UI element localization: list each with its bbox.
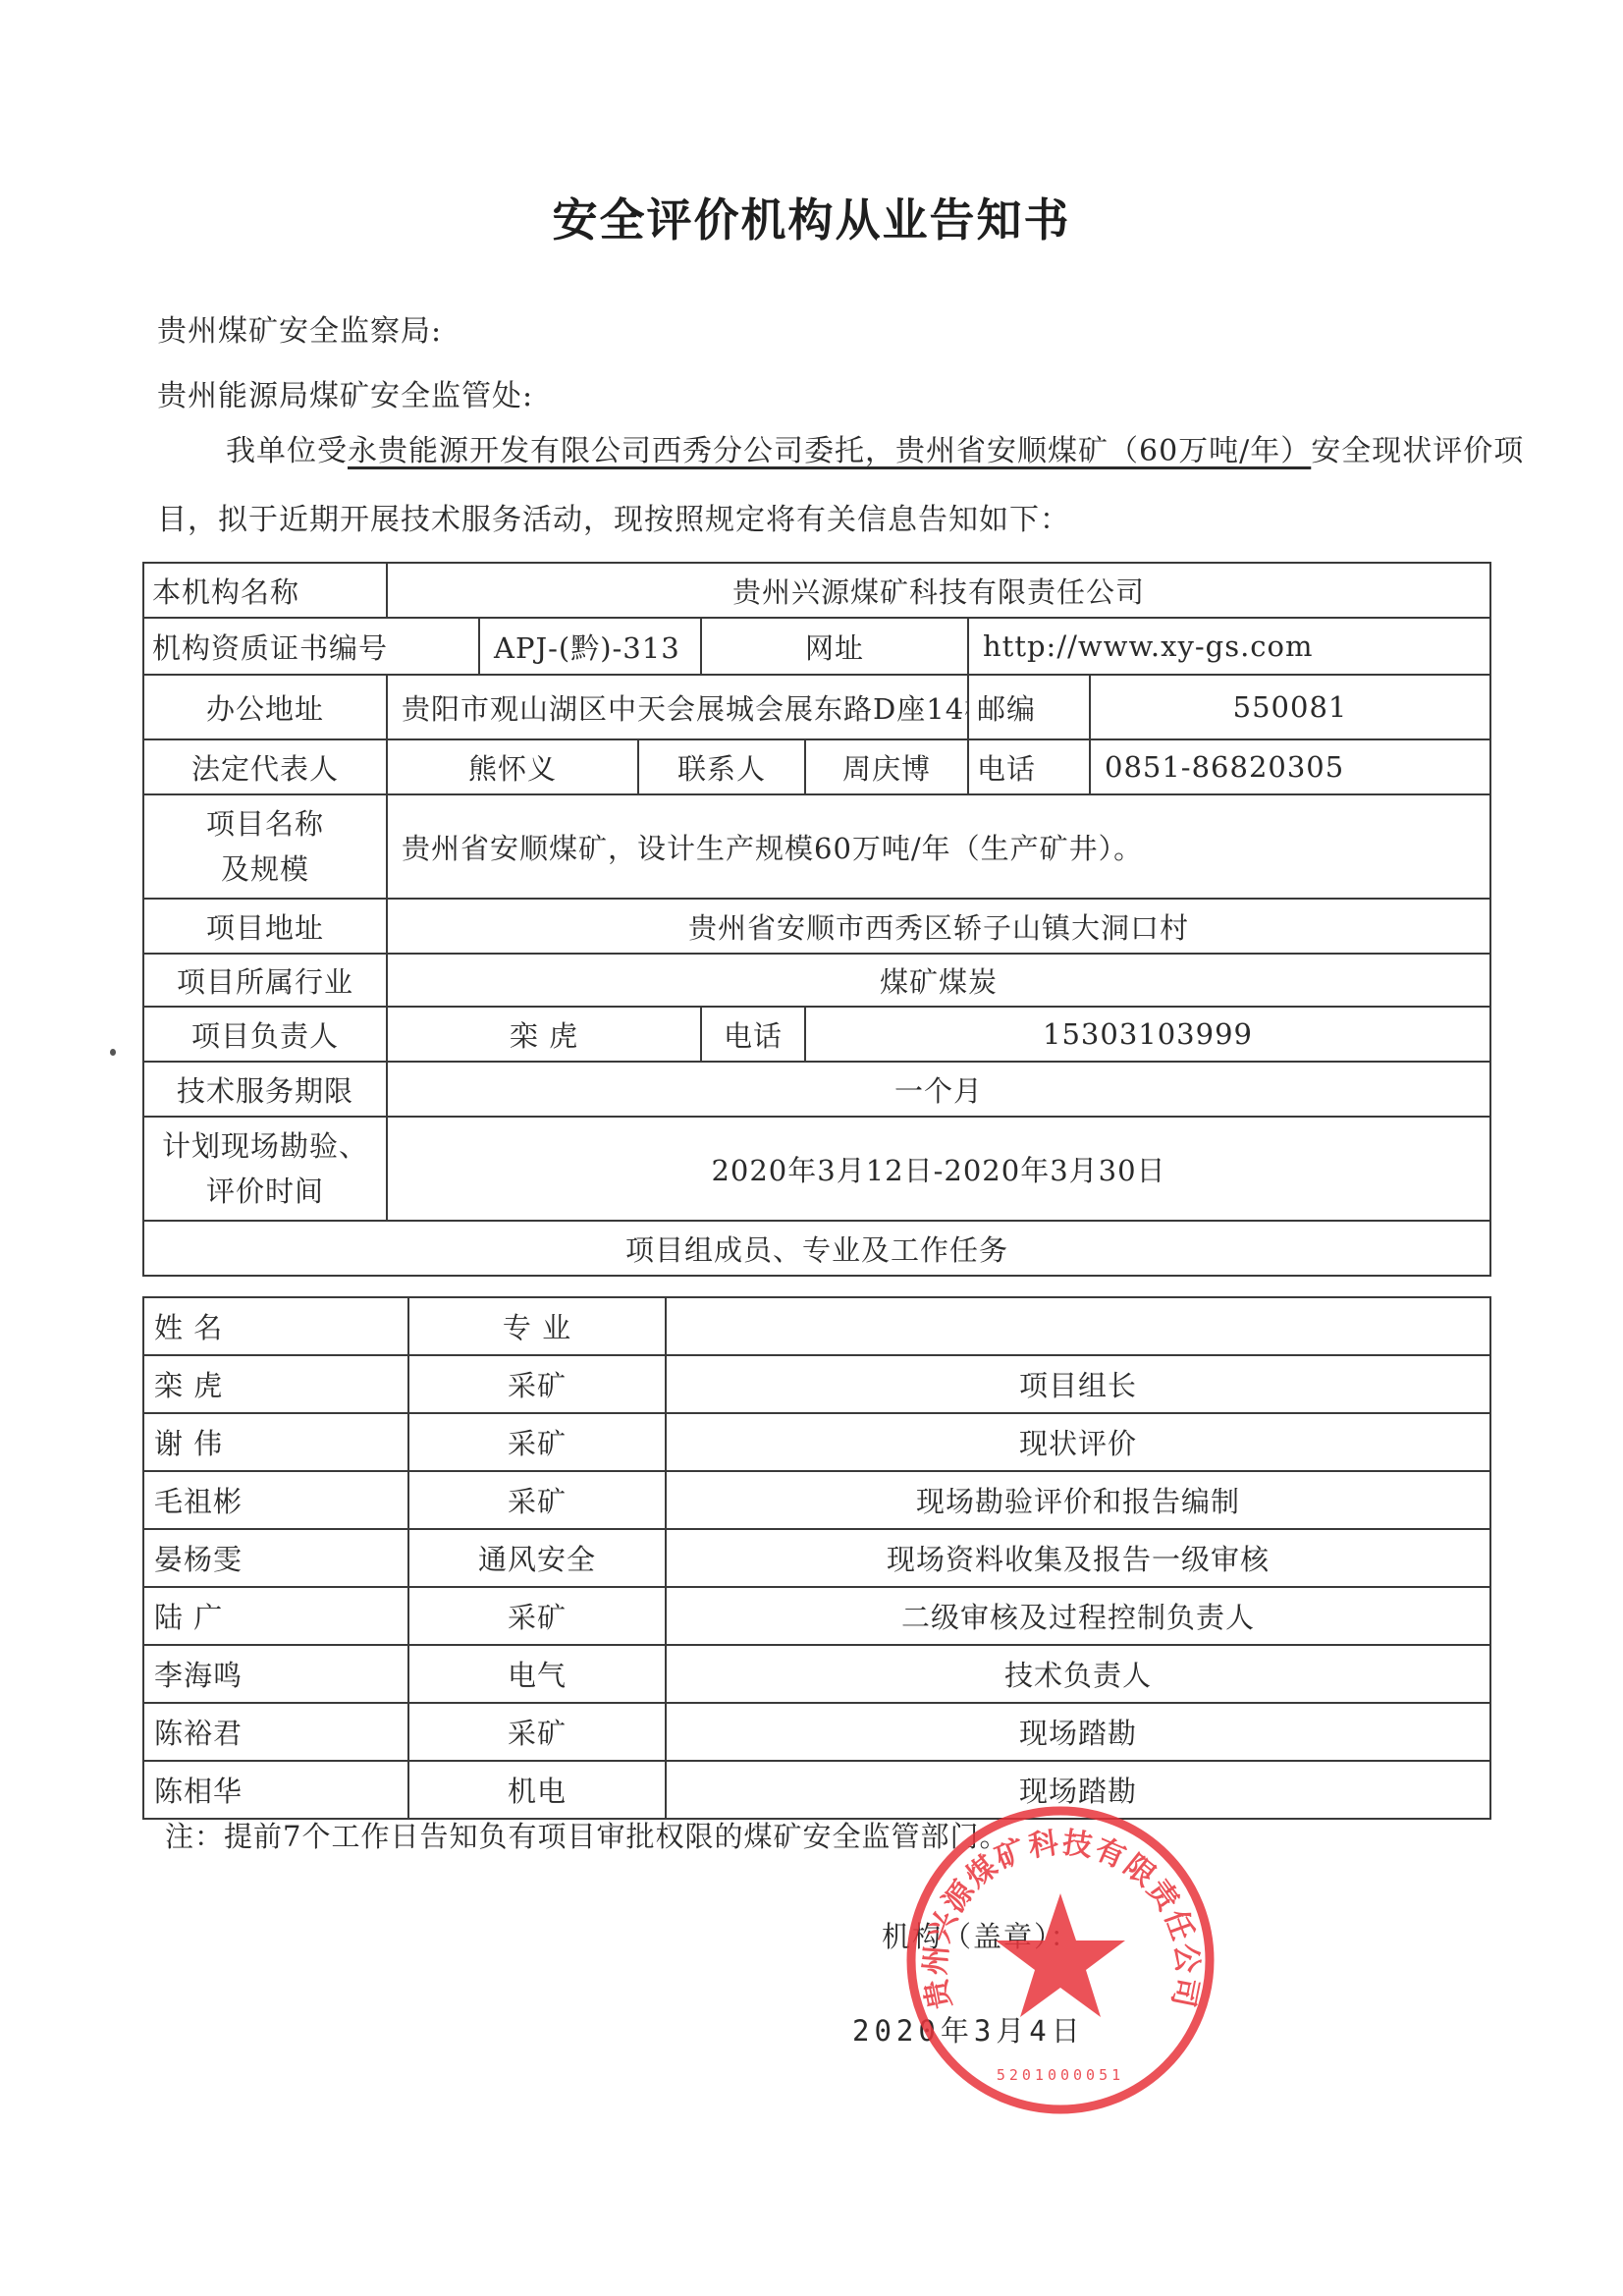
- addressee-2: 贵州能源局煤矿安全监管处:: [157, 371, 533, 414]
- website-value: http://www.xy-gs.com: [968, 618, 1490, 675]
- member-name: 毛祖彬: [143, 1471, 408, 1529]
- member-major: 采矿: [408, 1587, 666, 1645]
- member-row: 晏杨雯 通风安全 现场资料收集及报告一级审核: [143, 1529, 1490, 1587]
- org-name-value: 贵州兴源煤矿科技有限责任公司: [387, 563, 1490, 618]
- member-major: 电气: [408, 1645, 666, 1703]
- member-name: 陈相华: [143, 1761, 408, 1819]
- member-major: 通风安全: [408, 1529, 666, 1587]
- intro-paragraph: 我单位受永贵能源开发有限公司西秀分公司委托，贵州省安顺煤矿（60万吨/年）安全现…: [157, 417, 1551, 555]
- member-name: 栾 虎: [143, 1355, 408, 1413]
- legal-rep-label: 法定代表人: [143, 739, 387, 794]
- service-period-value: 一个月: [387, 1062, 1490, 1117]
- member-row: 栾 虎 采矿 项目组长: [143, 1355, 1490, 1413]
- row-industry: 项目所属行业 煤矿煤炭: [143, 954, 1490, 1007]
- industry-value: 煤矿煤炭: [387, 954, 1490, 1007]
- header-major: 专 业: [408, 1297, 666, 1355]
- row-org-name: 本机构名称 贵州兴源煤矿科技有限责任公司: [143, 563, 1490, 618]
- project-name-label-line1: 项目名称: [150, 801, 380, 847]
- project-lead-label: 项目负责人: [143, 1007, 387, 1062]
- member-task: 现场勘验评价和报告编制: [666, 1471, 1490, 1529]
- member-row: 毛祖彬 采矿 现场勘验评价和报告编制: [143, 1471, 1490, 1529]
- row-project-name: 项目名称 及规模 贵州省安顺煤矿，设计生产规模60万吨/年（生产矿井）。: [143, 794, 1490, 899]
- project-address-value: 贵州省安顺市西秀区轿子山镇大洞口村: [387, 899, 1490, 954]
- member-name: 谢 伟: [143, 1413, 408, 1471]
- addressee-1: 贵州煤矿安全监察局:: [157, 306, 442, 350]
- member-task: 现场资料收集及报告一级审核: [666, 1529, 1490, 1587]
- seal-number: 5201000051: [997, 2066, 1124, 2084]
- project-name-label: 项目名称 及规模: [143, 794, 387, 899]
- website-label: 网址: [701, 618, 968, 675]
- member-task: 现场踏勘: [666, 1761, 1490, 1819]
- member-row: 陆 广 采矿 二级审核及过程控制负责人: [143, 1587, 1490, 1645]
- row-legal-rep: 法定代表人 熊怀义 联系人 周庆博 电话 0851-86820305: [143, 739, 1490, 794]
- header-task: [666, 1297, 1490, 1355]
- intro-underlined: 永贵能源开发有限公司西秀分公司委托，贵州省安顺煤矿（60万吨/年）: [348, 434, 1311, 468]
- member-task: 现状评价: [666, 1413, 1490, 1471]
- members-header-row: 姓 名 专 业: [143, 1297, 1490, 1355]
- document-date: 2020年3月4日: [852, 2009, 1085, 2050]
- contact-label: 联系人: [638, 739, 805, 794]
- project-name-label-line2: 及规模: [150, 847, 380, 892]
- signature-label: 机构（盖章）：: [882, 1915, 1081, 1955]
- phone-label: 电话: [968, 739, 1090, 794]
- row-members-heading: 项目组成员、专业及工作任务: [143, 1221, 1490, 1276]
- office-address-value: 贵阳市观山湖区中天会展城会展东路D座14楼: [387, 675, 968, 739]
- cert-no-label: 机构资质证书编号: [143, 618, 479, 675]
- member-row: 李海鸣 电气 技术负责人: [143, 1645, 1490, 1703]
- row-cert: 机构资质证书编号 APJ-(黔)-313 网址 http://www.xy-gs…: [143, 618, 1490, 675]
- postcode-label: 邮编: [968, 675, 1090, 739]
- member-task: 技术负责人: [666, 1645, 1490, 1703]
- lead-phone-value: 15303103999: [805, 1007, 1490, 1062]
- org-name-label: 本机构名称: [143, 563, 387, 618]
- members-table: 姓 名 专 业 栾 虎 采矿 项目组长 谢 伟 采矿 现状评价 毛祖彬 采矿 现…: [142, 1296, 1491, 1820]
- member-major: 机电: [408, 1761, 666, 1819]
- member-name: 李海鸣: [143, 1645, 408, 1703]
- member-row: 陈裕君 采矿 现场踏勘: [143, 1703, 1490, 1761]
- agency-info-table: 本机构名称 贵州兴源煤矿科技有限责任公司 机构资质证书编号 APJ-(黔)-31…: [142, 562, 1491, 1277]
- header-name: 姓 名: [143, 1297, 408, 1355]
- member-name: 陈裕君: [143, 1703, 408, 1761]
- postcode-value: 550081: [1090, 675, 1490, 739]
- project-lead-value: 栾 虎: [387, 1007, 701, 1062]
- member-major: 采矿: [408, 1413, 666, 1471]
- contact-value: 周庆博: [805, 739, 968, 794]
- intro-prefix: 我单位受: [157, 434, 348, 468]
- project-address-label: 项目地址: [143, 899, 387, 954]
- member-task: 项目组长: [666, 1355, 1490, 1413]
- row-project-lead: 项目负责人 栾 虎 电话 15303103999: [143, 1007, 1490, 1062]
- member-major: 采矿: [408, 1703, 666, 1761]
- schedule-label: 计划现场勘验、 评价时间: [143, 1117, 387, 1221]
- member-task: 现场踏勘: [666, 1703, 1490, 1761]
- member-name: 陆 广: [143, 1587, 408, 1645]
- members-heading: 项目组成员、专业及工作任务: [143, 1221, 1490, 1276]
- row-project-address: 项目地址 贵州省安顺市西秀区轿子山镇大洞口村: [143, 899, 1490, 954]
- member-name: 晏杨雯: [143, 1529, 408, 1587]
- service-period-label: 技术服务期限: [143, 1062, 387, 1117]
- scan-speck: [110, 1049, 116, 1056]
- cert-no-value: APJ-(黔)-313: [479, 618, 701, 675]
- schedule-value: 2020年3月12日-2020年3月30日: [387, 1117, 1490, 1221]
- member-major: 采矿: [408, 1355, 666, 1413]
- legal-rep-value: 熊怀义: [387, 739, 638, 794]
- schedule-label-line2: 评价时间: [150, 1169, 380, 1214]
- row-schedule: 计划现场勘验、 评价时间 2020年3月12日-2020年3月30日: [143, 1117, 1490, 1221]
- member-row: 谢 伟 采矿 现状评价: [143, 1413, 1490, 1471]
- project-name-value: 贵州省安顺煤矿，设计生产规模60万吨/年（生产矿井）。: [387, 794, 1490, 899]
- member-task: 二级审核及过程控制负责人: [666, 1587, 1490, 1645]
- member-row: 陈相华 机电 现场踏勘: [143, 1761, 1490, 1819]
- footnote: 注：提前7个工作日告知负有项目审批权限的煤矿安全监管部门。: [165, 1815, 1008, 1855]
- row-service-period: 技术服务期限 一个月: [143, 1062, 1490, 1117]
- phone-value: 0851-86820305: [1090, 739, 1490, 794]
- industry-label: 项目所属行业: [143, 954, 387, 1007]
- document-title: 安全评价机构从业告知书: [0, 185, 1623, 249]
- lead-phone-label: 电话: [701, 1007, 805, 1062]
- member-major: 采矿: [408, 1471, 666, 1529]
- office-address-label: 办公地址: [143, 675, 387, 739]
- schedule-label-line1: 计划现场勘验、: [150, 1123, 380, 1169]
- row-office-address: 办公地址 贵阳市观山湖区中天会展城会展东路D座14楼 邮编 550081: [143, 675, 1490, 739]
